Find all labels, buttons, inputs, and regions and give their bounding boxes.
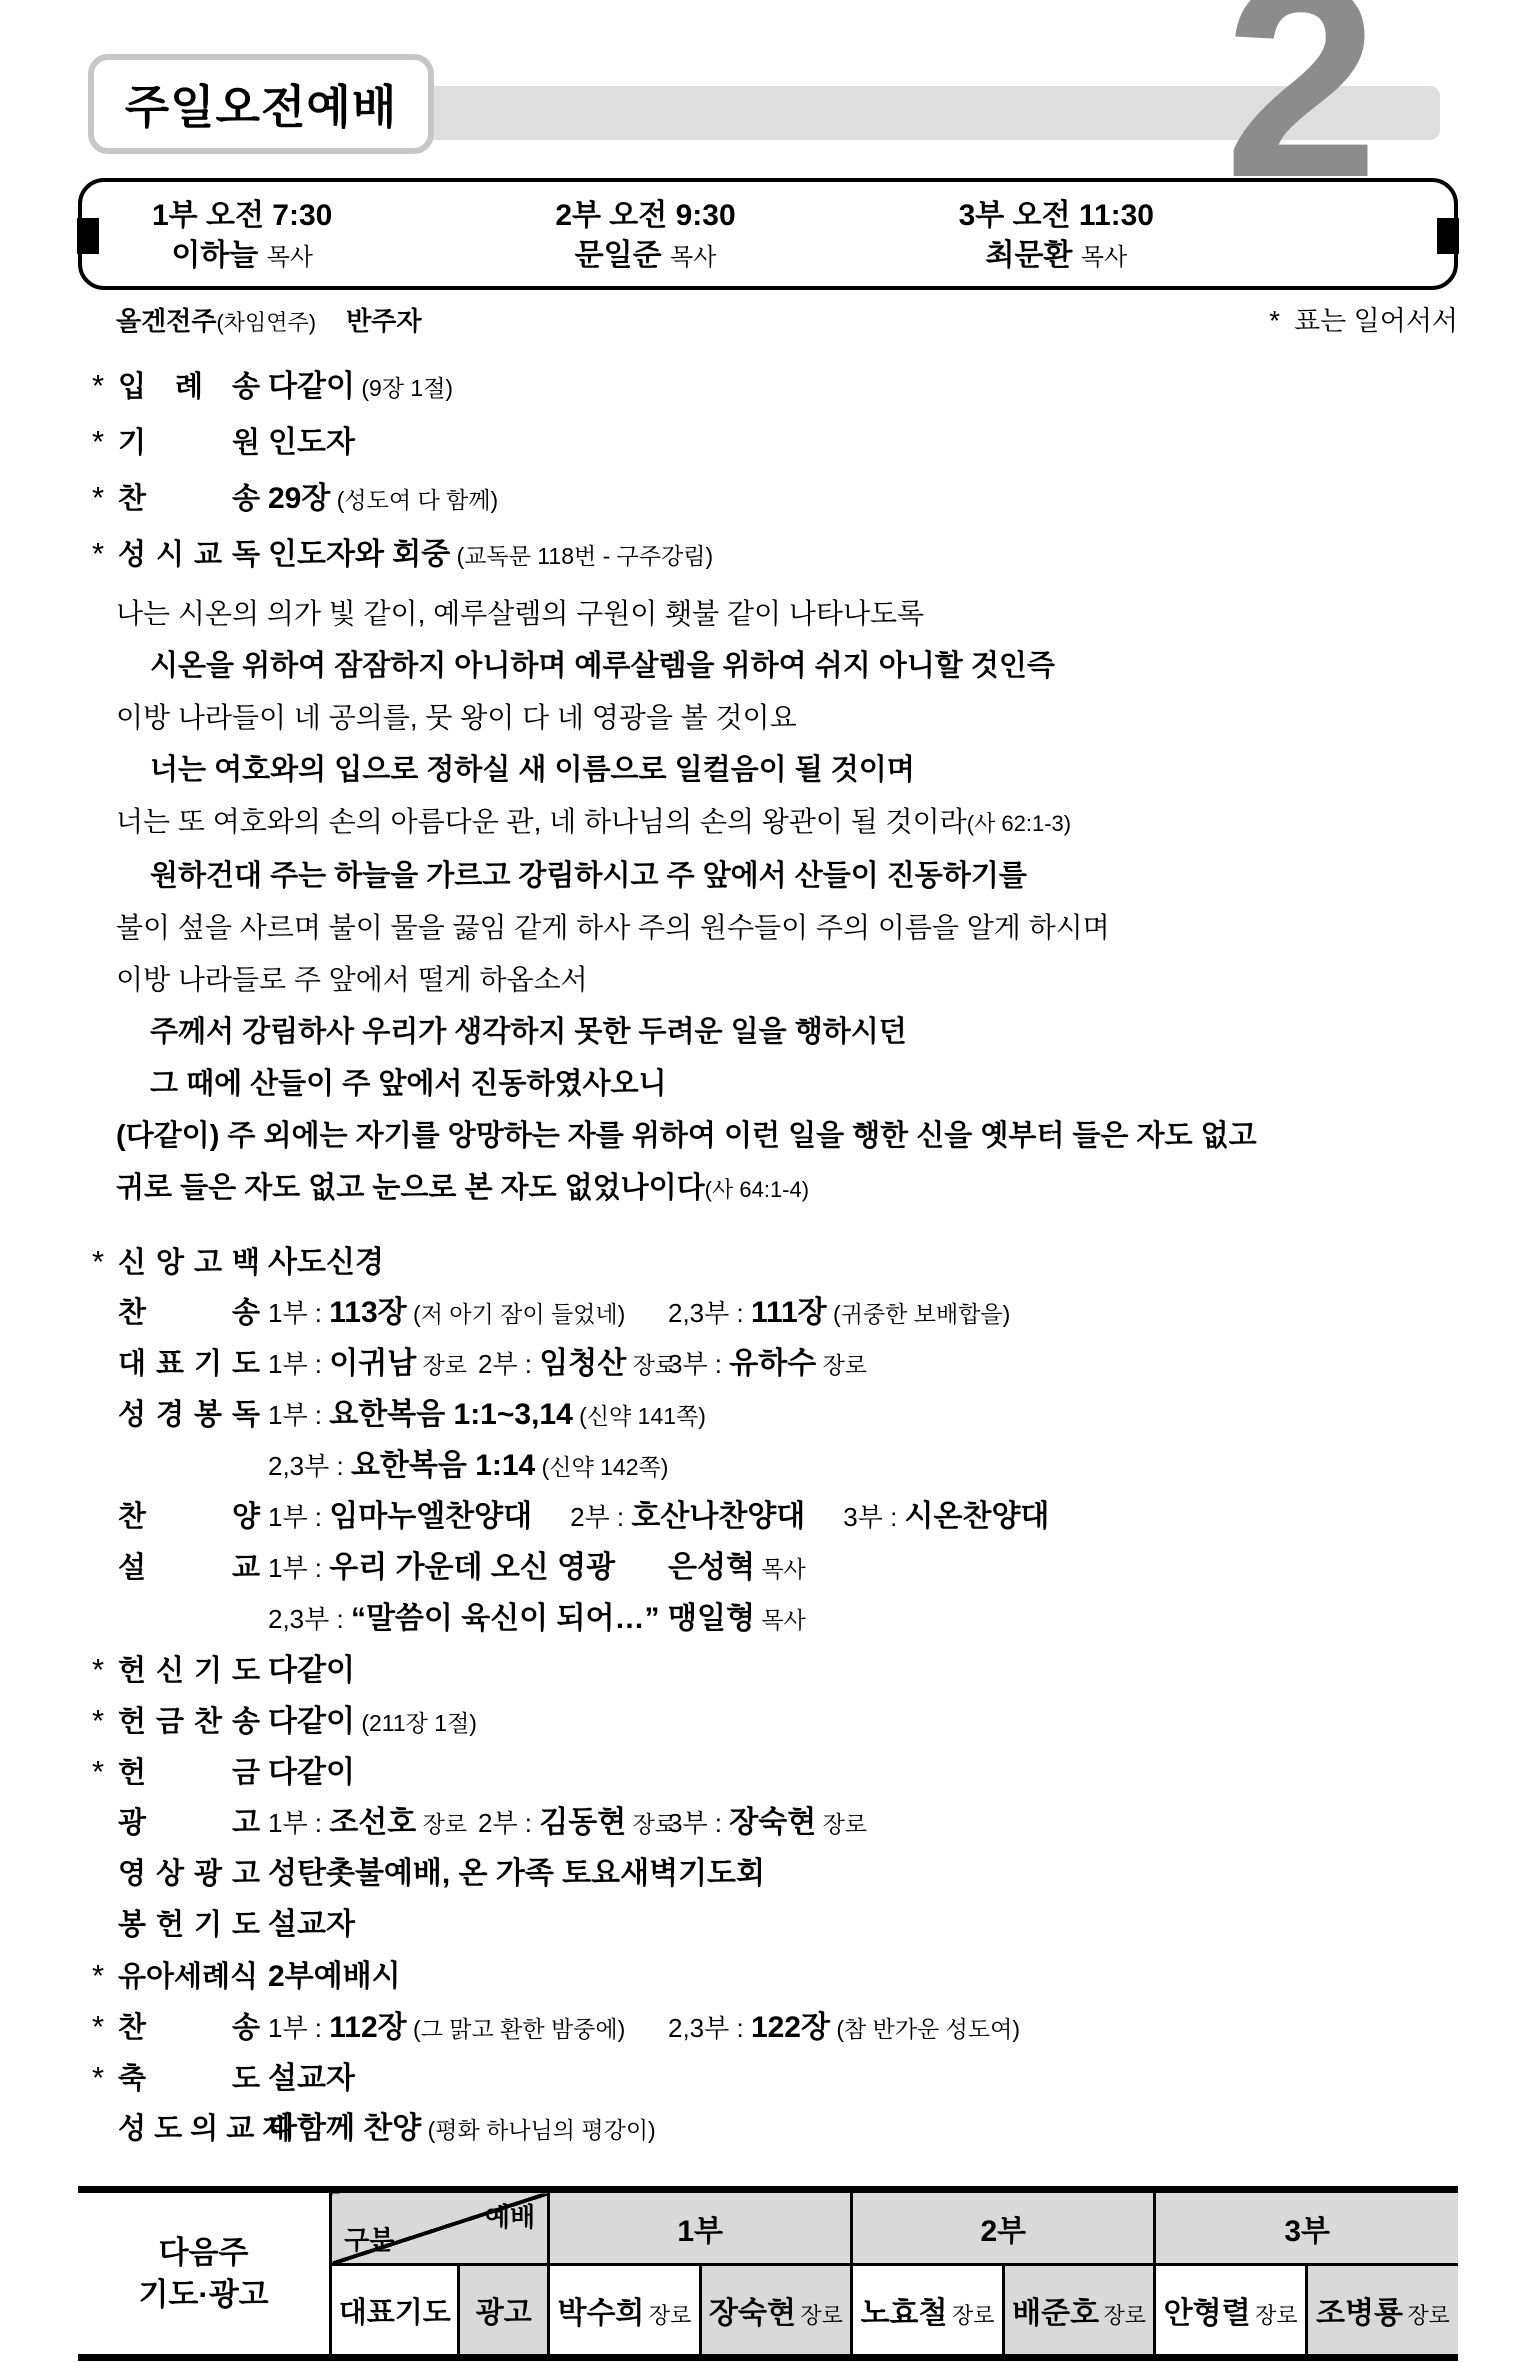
order-row: 봉 헌 기 도설교자	[78, 1899, 1458, 1950]
order-item-text: 다같이	[268, 370, 355, 403]
order-item-text: 1부 :	[268, 2013, 329, 2043]
order-item-group: 사도신경	[268, 1259, 384, 1276]
order-item-label: 성 도 의 교 제	[118, 2104, 260, 2155]
prelude-paren: (차임연주)	[216, 310, 316, 335]
order-item-group: 2부 : 임청산 장로	[478, 1338, 677, 1394]
order-item-group: 성탄촛불예배, 온 가족 토요새벽기도회	[268, 1870, 765, 1887]
prelude-player: 반주자	[346, 306, 421, 336]
order-row: 성 도 의 교 제다함께 찬양 (평화 하나님의 평강이)	[78, 2103, 1458, 2154]
order-row: *헌 신 기 도다같이	[78, 1644, 1458, 1695]
assignment-cell: 박수희 장로	[549, 2265, 701, 2358]
part-header-1: 1부	[549, 2190, 852, 2265]
pastor-name: 문일준	[575, 239, 662, 272]
standing-asterisk-icon: *	[92, 414, 118, 470]
reading-text: 너는 또 여호와의 손의 아름다운 관, 네 하나님의 손의 왕관이 될 것이라	[116, 806, 967, 837]
scripture-reference: (사 64:1-4)	[705, 1177, 809, 1202]
order-of-worship-main: *신 앙 고 백사도신경찬 송1부 : 113장 (저 아기 잠이 들었네)2,…	[78, 1236, 1458, 2154]
elder-name: 노효철	[861, 2297, 948, 2330]
order-row: 성 경 봉 독1부 : 요한복음 1:1~3,14 (신약 141쪽)	[78, 1389, 1458, 1440]
order-item-text: 1부 :	[268, 1808, 329, 1838]
order-item-content: 인도자	[268, 415, 1458, 476]
order-item-text: 2부 :	[478, 1808, 539, 1838]
order-item-text: 시온찬양대	[905, 1500, 1050, 1533]
order-item-group: 다같이	[268, 1769, 355, 1786]
order-item-text: 김동현	[539, 1806, 626, 1839]
reading-text: 주께서 강림하사 우리가 생각하지 못한 두려운 일을 행하시던	[150, 1016, 907, 1048]
order-item-group: 설교자	[268, 1921, 355, 1938]
order-item-content: 설교자	[268, 1899, 1458, 1955]
order-item-group: 다같이	[268, 1667, 355, 1684]
elder-title: 장로	[1407, 2303, 1450, 2328]
order-row: 설 교1부 : 우리 가운데 오신 영광은성혁 목사	[78, 1542, 1458, 1593]
order-row: 2,3부 : 요한복음 1:14 (신약 142쪽)	[78, 1440, 1458, 1491]
order-item-text: 우리 가운데 오신 영광	[329, 1551, 615, 1584]
reading-text: 귀로 들은 자도 없고 눈으로 본 자도 없었나이다	[116, 1172, 705, 1204]
order-item-group: 1부 : 이귀남 장로	[268, 1360, 467, 1377]
next-week-label-line1: 다음주	[78, 2232, 329, 2274]
order-item-label: 영 상 광 고	[118, 1849, 260, 1900]
order-item-text: (교독문 118번 - 구주강림)	[450, 543, 713, 569]
standing-asterisk-icon: *	[92, 358, 118, 414]
service-2-time: 2부 오전 9:30	[555, 196, 735, 236]
order-item-text: 인도자와 회중	[268, 538, 450, 571]
order-item-content: 1부 : 임마누엘찬양대2부 : 호산나찬양대3부 : 시온찬양대	[268, 1491, 1458, 1547]
order-item-group: 3부 : 유하수 장로	[668, 1338, 867, 1394]
service-1-pastor: 이하늘 목사	[152, 236, 332, 278]
order-item-content: 1부 : 요한복음 1:1~3,14 (신약 141쪽)	[268, 1389, 1458, 1445]
prelude-row: 올겐전주(차임연주)반주자 *표는 일어서서	[78, 304, 1458, 338]
reading-text: 원하건대 주는 하늘을 가르고 강림하시고 주 앞에서 산들이 진동하기를	[150, 860, 1027, 892]
order-item-text: 유하수	[729, 1347, 816, 1380]
asterisk-icon: *	[1269, 305, 1280, 336]
diagonal-header-cell: 구분 예배	[331, 2190, 549, 2265]
order-item-text: 1부 :	[268, 1349, 329, 1379]
service-3-pastor: 최문환 목사	[959, 236, 1154, 278]
order-item-text: 다같이	[268, 1756, 355, 1789]
order-item-text: (신약 142쪽)	[535, 1454, 668, 1480]
standing-asterisk-icon: *	[92, 1644, 118, 1695]
order-item-text: 3부 :	[668, 1349, 729, 1379]
order-item-content: 2,3부 : 요한복음 1:14 (신약 142쪽)	[268, 1440, 1458, 1496]
order-row: *기 원인도자	[78, 414, 1458, 470]
order-item-text: “말씀이 육신이 되어…”	[351, 1602, 660, 1635]
order-item-text: 122장	[751, 2011, 830, 2044]
order-item-group: 1부 : 112장 (그 맑고 환한 밤중에)	[268, 2024, 625, 2041]
order-item-text: 목사	[755, 1607, 806, 1633]
reading-text: 불이 섶을 사르며 불이 물을 끓임 같게 하사 주의 원수들이 주의 이름을 …	[116, 912, 1110, 943]
order-item-text: 2,3부 :	[668, 1298, 751, 1328]
order-item-group: 1부 : 조선호 장로	[268, 1819, 467, 1836]
pastor-name: 이하늘	[171, 239, 258, 272]
elder-name: 장숙현	[709, 2297, 796, 2330]
reading-line: 원하건대 주는 하늘을 가르고 강림하시고 주 앞에서 산들이 진동하기를	[78, 850, 1458, 902]
pastor-title: 목사	[1081, 244, 1127, 271]
order-item-label: 헌 금	[118, 1748, 260, 1799]
reading-line: 나는 시온의 의가 빛 같이, 예루살렘의 구원이 횃불 같이 나타나도록	[78, 588, 1458, 640]
order-item-text: (신약 141쪽)	[573, 1403, 706, 1429]
order-item-text: 은성혁	[668, 1551, 755, 1584]
order-item-text: 조선호	[329, 1806, 416, 1839]
page-number: 2	[1224, 0, 1379, 206]
order-item-group: 1부 : 요한복음 1:1~3,14 (신약 141쪽)	[268, 1411, 706, 1428]
order-item-content: 1부 : 113장 (저 아기 잠이 들었네)2,3부 : 111장 (귀중한 …	[268, 1287, 1458, 1343]
order-item-text: 성탄촛불예배, 온 가족 토요새벽기도회	[268, 1857, 765, 1890]
pastor-title: 목사	[267, 244, 313, 271]
order-item-group: 2,3부 : 요한복음 1:14 (신약 142쪽)	[268, 1462, 668, 1479]
order-item-text: 장숙현	[729, 1806, 816, 1839]
order-row: *찬 송1부 : 112장 (그 맑고 환한 밤중에)2,3부 : 122장 (…	[78, 2001, 1458, 2052]
order-item-text: 29장	[268, 482, 330, 515]
assignment-cell: 노효철 장로	[852, 2265, 1004, 2358]
order-item-text: (저 아기 잠이 들었네)	[407, 1301, 626, 1327]
standing-asterisk-icon: *	[92, 470, 118, 526]
assignment-cell: 안형렬 장로	[1155, 2265, 1307, 2358]
order-row: *유아세례식2부예배시	[78, 1950, 1458, 2001]
order-item-label: 성 시 교 독	[118, 527, 260, 583]
order-item-label: 대 표 기 도	[118, 1339, 260, 1390]
order-item-label: 찬 양	[118, 1492, 260, 1543]
order-item-text: (9장 1절)	[355, 375, 453, 401]
order-item-text: (그 맑고 환한 밤중에)	[407, 2016, 626, 2042]
row-header-announcement: 광고	[459, 2265, 549, 2358]
reading-line: 이방 나라들로 주 앞에서 떨게 하옵소서	[78, 954, 1458, 1006]
elder-name: 조병룡	[1316, 2297, 1403, 2330]
order-item-group: 1부 : 113장 (저 아기 잠이 들었네)	[268, 1309, 625, 1326]
order-item-text: 1부 :	[268, 1502, 329, 1532]
order-item-text: 다같이	[268, 1705, 355, 1738]
elder-title: 장로	[1255, 2303, 1298, 2328]
page-title: 주일오전예배	[88, 54, 434, 154]
service-2-pastor: 문일준 목사	[555, 236, 735, 278]
standing-asterisk-icon: *	[92, 1950, 118, 2001]
order-item-content: 설교자	[268, 2053, 1458, 2109]
order-row: *성 시 교 독인도자와 회중 (교독문 118번 - 구주강림)	[78, 526, 1458, 582]
service-1: 1부 오전 7:30 이하늘 목사	[152, 196, 332, 286]
reading-text: 그 때에 산들이 주 앞에서 진동하였사오니	[150, 1068, 667, 1100]
order-item-label: 찬 송	[118, 1288, 260, 1339]
order-item-text: 2부 :	[570, 1502, 631, 1532]
order-item-group: 2,3부 : 111장 (귀중한 보배합을)	[668, 1287, 1010, 1343]
service-2: 2부 오전 9:30 문일준 목사	[555, 196, 735, 286]
standing-asterisk-icon: *	[92, 1746, 118, 1797]
order-item-content: 다같이	[268, 1747, 1458, 1803]
next-week-assignments-table: 다음주 기도·광고 구분 예배 1부 2부 3부 대표기도 광고 박수희 장로 …	[78, 2186, 1458, 2361]
order-item-group: 2부 : 김동현 장로	[478, 1797, 677, 1853]
order-row: 찬 양1부 : 임마누엘찬양대2부 : 호산나찬양대3부 : 시온찬양대	[78, 1491, 1458, 1542]
reading-line: 이방 나라들이 네 공의를, 뭇 왕이 다 네 영광을 볼 것이요	[78, 692, 1458, 744]
order-row: 대 표 기 도1부 : 이귀남 장로2부 : 임청산 장로3부 : 유하수 장로	[78, 1338, 1458, 1389]
order-item-text: 이귀남	[329, 1347, 416, 1380]
standing-note: *표는 일어서서	[1269, 304, 1458, 343]
prelude-left: 올겐전주(차임연주)반주자	[116, 304, 422, 343]
order-row: 광 고1부 : 조선호 장로2부 : 김동현 장로3부 : 장숙현 장로	[78, 1797, 1458, 1848]
order-row: 영 상 광 고성탄촛불예배, 온 가족 토요새벽기도회	[78, 1848, 1458, 1899]
order-item-group: 다같이 (211장 1절)	[268, 1718, 477, 1735]
standing-asterisk-icon: *	[92, 526, 118, 582]
order-item-content: 인도자와 회중 (교독문 118번 - 구주강림)	[268, 527, 1458, 588]
order-item-content: 1부 : 조선호 장로2부 : 김동현 장로3부 : 장숙현 장로	[268, 1797, 1458, 1853]
elder-title: 장로	[800, 2303, 843, 2328]
order-item-content: 1부 : 이귀남 장로2부 : 임청산 장로3부 : 유하수 장로	[268, 1338, 1458, 1394]
order-item-label: 축 도	[118, 2054, 260, 2105]
order-item-content: 다함께 찬양 (평화 하나님의 평강이)	[268, 2103, 1458, 2159]
order-item-group: 2부예배시	[268, 1973, 401, 1990]
service-3-time: 3부 오전 11:30	[959, 196, 1154, 236]
order-item-text: 3부 :	[668, 1808, 729, 1838]
diagonal-label-category: 구분	[344, 2220, 394, 2257]
elder-title: 장로	[649, 2303, 692, 2328]
order-item-text: 112장	[329, 2011, 406, 2044]
prelude-instrument: 올겐전주	[116, 306, 216, 336]
order-item-group: 인도자	[268, 439, 355, 456]
order-item-label: 헌 금 찬 송	[118, 1697, 260, 1748]
assignment-cell: 장숙현 장로	[700, 2265, 852, 2358]
reading-line: 시온을 위하여 잠잠하지 아니하며 예루살렘을 위하여 쉬지 아니할 것인즉	[78, 640, 1458, 692]
pastor-name: 최문환	[985, 239, 1072, 272]
elder-name: 안형렬	[1164, 2297, 1251, 2330]
order-item-text: 2부예배시	[268, 1960, 401, 1993]
order-item-label: 광 고	[118, 1798, 260, 1849]
order-item-content: 1부 : 112장 (그 맑고 환한 밤중에)2,3부 : 122장 (참 반가…	[268, 2002, 1458, 2058]
order-item-label: 입 례 송	[118, 359, 260, 415]
elder-name: 배준호	[1012, 2297, 1099, 2330]
part-header-3: 3부	[1155, 2190, 1458, 2265]
order-item-text: 2,3부 :	[668, 2013, 751, 2043]
order-item-text: (211장 1절)	[355, 1710, 477, 1736]
pastor-title: 목사	[670, 244, 716, 271]
order-item-group: 인도자와 회중 (교독문 118번 - 구주강림)	[268, 551, 713, 568]
responsive-reading: 나는 시온의 의가 빛 같이, 예루살렘의 구원이 횃불 같이 나타나도록시온을…	[78, 588, 1458, 1216]
order-item-text: (평화 하나님의 평강이)	[421, 2117, 655, 2143]
assignment-cell: 조병룡 장로	[1306, 2265, 1458, 2358]
order-row: *찬 송29장 (성도여 다 함께)	[78, 470, 1458, 526]
order-item-group: 1부 : 임마누엘찬양대	[268, 1513, 532, 1530]
order-of-worship-top: *입 례 송다같이 (9장 1절)*기 원인도자*찬 송29장 (성도여 다 함…	[78, 358, 1458, 582]
order-item-text: 임청산	[539, 1347, 626, 1380]
elder-name: 박수희	[557, 2297, 644, 2330]
order-item-text: (성도여 다 함께)	[330, 487, 498, 513]
reading-line: 주께서 강림하사 우리가 생각하지 못한 두려운 일을 행하시던	[78, 1006, 1458, 1058]
order-item-text: 111장	[751, 1296, 827, 1329]
order-item-group: 2부 : 호산나찬양대	[570, 1513, 805, 1530]
order-item-text: 요한복음 1:1~3,14	[329, 1398, 573, 1431]
order-item-content: 29장 (성도여 다 함께)	[268, 471, 1458, 532]
order-item-group: 맹일형 목사	[668, 1593, 806, 1649]
order-item-label: 봉 헌 기 도	[118, 1900, 260, 1951]
reading-line: 너는 여호와의 입으로 정하실 새 이름으로 일컬음이 될 것이며	[78, 744, 1458, 796]
order-item-text: 사도신경	[268, 1246, 384, 1279]
order-item-content: 1부 : 우리 가운데 오신 영광은성혁 목사	[268, 1542, 1458, 1598]
elder-title: 장로	[952, 2303, 995, 2328]
order-item-label: 신 앙 고 백	[118, 1238, 260, 1289]
reading-line: 그 때에 산들이 주 앞에서 진동하였사오니	[78, 1058, 1458, 1110]
order-item-text: 목사	[755, 1556, 806, 1582]
order-item-text: 장로	[816, 1811, 867, 1837]
order-row: *헌 금다같이	[78, 1746, 1458, 1797]
order-item-group: 2,3부 : 122장 (참 반가운 성도여)	[668, 2002, 1020, 2058]
order-item-text: 2,3부 :	[268, 1451, 351, 1481]
standing-note-text: 표는 일어서서	[1294, 306, 1458, 336]
order-item-content: 2,3부 : “말씀이 육신이 되어…”맹일형 목사	[268, 1593, 1458, 1649]
next-week-label-line2: 기도·광고	[78, 2274, 329, 2316]
order-item-text: 1부 :	[268, 1298, 329, 1328]
next-week-label: 다음주 기도·광고	[78, 2190, 331, 2358]
order-item-content: 성탄촛불예배, 온 가족 토요새벽기도회	[268, 1848, 1458, 1904]
bulletin-page: 2 주일오전예배 1부 오전 7:30 이하늘 목사 2부 오전 9:30 문일…	[78, 0, 1458, 2361]
order-item-text: 1부 :	[268, 1553, 329, 1583]
part-header-2: 2부	[852, 2190, 1155, 2265]
reading-text: 이방 나라들이 네 공의를, 뭇 왕이 다 네 영광을 볼 것이요	[116, 702, 797, 733]
order-item-text: 다같이	[268, 1654, 355, 1687]
order-item-label: 기 원	[118, 415, 260, 471]
reading-text: (다같이) 주 외에는 자기를 앙망하는 자를 위하여 이런 일을 행한 신을 …	[116, 1120, 1257, 1152]
reading-text: 시온을 위하여 잠잠하지 아니하며 예루살렘을 위하여 쉬지 아니할 것인즉	[150, 650, 1055, 682]
reading-line: 너는 또 여호와의 손의 아름다운 관, 네 하나님의 손의 왕관이 될 것이라…	[78, 796, 1458, 850]
right-tab-mark	[1437, 218, 1459, 254]
order-item-content: 다같이	[268, 1645, 1458, 1701]
scripture-reference: (사 62:1-3)	[967, 811, 1071, 836]
reading-text: 나는 시온의 의가 빛 같이, 예루살렘의 구원이 횃불 같이 나타나도록	[116, 598, 924, 629]
order-item-content: 사도신경	[268, 1237, 1458, 1293]
order-item-text: 1부 :	[268, 1400, 329, 1430]
order-item-text: 113장	[329, 1296, 406, 1329]
diagonal-label-service: 예배	[485, 2197, 535, 2234]
order-item-text: 장로	[816, 1352, 867, 1378]
order-item-label: 찬 송	[118, 2003, 260, 2054]
order-item-text: 요한복음 1:14	[351, 1449, 535, 1482]
service-3: 3부 오전 11:30 최문환 목사	[959, 196, 1154, 286]
order-item-text: 설교자	[268, 1908, 355, 1941]
service-1-time: 1부 오전 7:30	[152, 196, 332, 236]
order-item-label: 찬 송	[118, 471, 260, 527]
order-item-group: 다같이 (9장 1절)	[268, 383, 453, 400]
order-item-group: 29장 (성도여 다 함께)	[268, 495, 498, 512]
order-item-text: (귀중한 보배합을)	[827, 1301, 1011, 1327]
order-item-group: 2,3부 : “말씀이 육신이 되어…”	[268, 1615, 659, 1632]
order-item-text: 다함께 찬양	[268, 2112, 421, 2145]
standing-asterisk-icon: *	[92, 2001, 118, 2052]
order-item-group: 1부 : 우리 가운데 오신 영광	[268, 1564, 615, 1581]
order-item-text: 설교자	[268, 2062, 355, 2095]
order-row: 찬 송1부 : 113장 (저 아기 잠이 들었네)2,3부 : 111장 (귀…	[78, 1287, 1458, 1338]
order-item-text: 2,3부 :	[268, 1604, 351, 1634]
assignment-cell: 배준호 장로	[1003, 2265, 1155, 2358]
order-row: *신 앙 고 백사도신경	[78, 1236, 1458, 1287]
order-item-content: 2부예배시	[268, 1951, 1458, 2007]
order-item-content: 다같이 (9장 1절)	[268, 359, 1458, 420]
order-item-text: 임마누엘찬양대	[329, 1500, 532, 1533]
reading-text: 이방 나라들로 주 앞에서 떨게 하옵소서	[116, 964, 588, 995]
left-tab-mark	[77, 218, 99, 254]
order-item-text: (참 반가운 성도여)	[830, 2016, 1020, 2042]
standing-asterisk-icon: *	[92, 1695, 118, 1746]
order-item-group: 3부 : 시온찬양대	[843, 1513, 1049, 1530]
order-row: *축 도설교자	[78, 2052, 1458, 2103]
order-item-label: 헌 신 기 도	[118, 1646, 260, 1697]
order-row: *입 례 송다같이 (9장 1절)	[78, 358, 1458, 414]
order-item-content: 다같이 (211장 1절)	[268, 1696, 1458, 1752]
order-item-group: 은성혁 목사	[668, 1542, 806, 1598]
order-item-label: 유아세례식	[118, 1952, 260, 2003]
order-item-text: 호산나찬양대	[631, 1500, 805, 1533]
reading-line: 귀로 들은 자도 없고 눈으로 본 자도 없었나이다(사 64:1-4)	[78, 1162, 1458, 1216]
order-item-text: 장로	[416, 1352, 467, 1378]
standing-asterisk-icon: *	[92, 1236, 118, 1287]
order-item-text: 인도자	[268, 426, 355, 459]
reading-line: (다같이) 주 외에는 자기를 앙망하는 자를 위하여 이런 일을 행한 신을 …	[78, 1110, 1458, 1162]
order-item-group: 설교자	[268, 2075, 355, 2092]
order-row: *헌 금 찬 송다같이 (211장 1절)	[78, 1695, 1458, 1746]
order-item-label: 설 교	[118, 1543, 260, 1594]
order-item-label: 성 경 봉 독	[118, 1390, 260, 1441]
standing-asterisk-icon: *	[92, 2052, 118, 2103]
order-item-group: 3부 : 장숙현 장로	[668, 1797, 867, 1853]
order-item-text: 3부 :	[843, 1502, 904, 1532]
elder-title: 장로	[1104, 2303, 1147, 2328]
order-item-text: 맹일형	[668, 1602, 755, 1635]
reading-line: 불이 섶을 사르며 불이 물을 끓임 같게 하사 주의 원수들이 주의 이름을 …	[78, 902, 1458, 954]
order-item-text: 2부 :	[478, 1349, 539, 1379]
order-item-group: 다함께 찬양 (평화 하나님의 평강이)	[268, 2125, 656, 2142]
reading-text: 너는 여호와의 입으로 정하실 새 이름으로 일컬음이 될 것이며	[150, 754, 915, 786]
order-row: 2,3부 : “말씀이 육신이 되어…”맹일형 목사	[78, 1593, 1458, 1644]
row-header-prayer: 대표기도	[331, 2265, 459, 2358]
order-item-text: 장로	[416, 1811, 467, 1837]
